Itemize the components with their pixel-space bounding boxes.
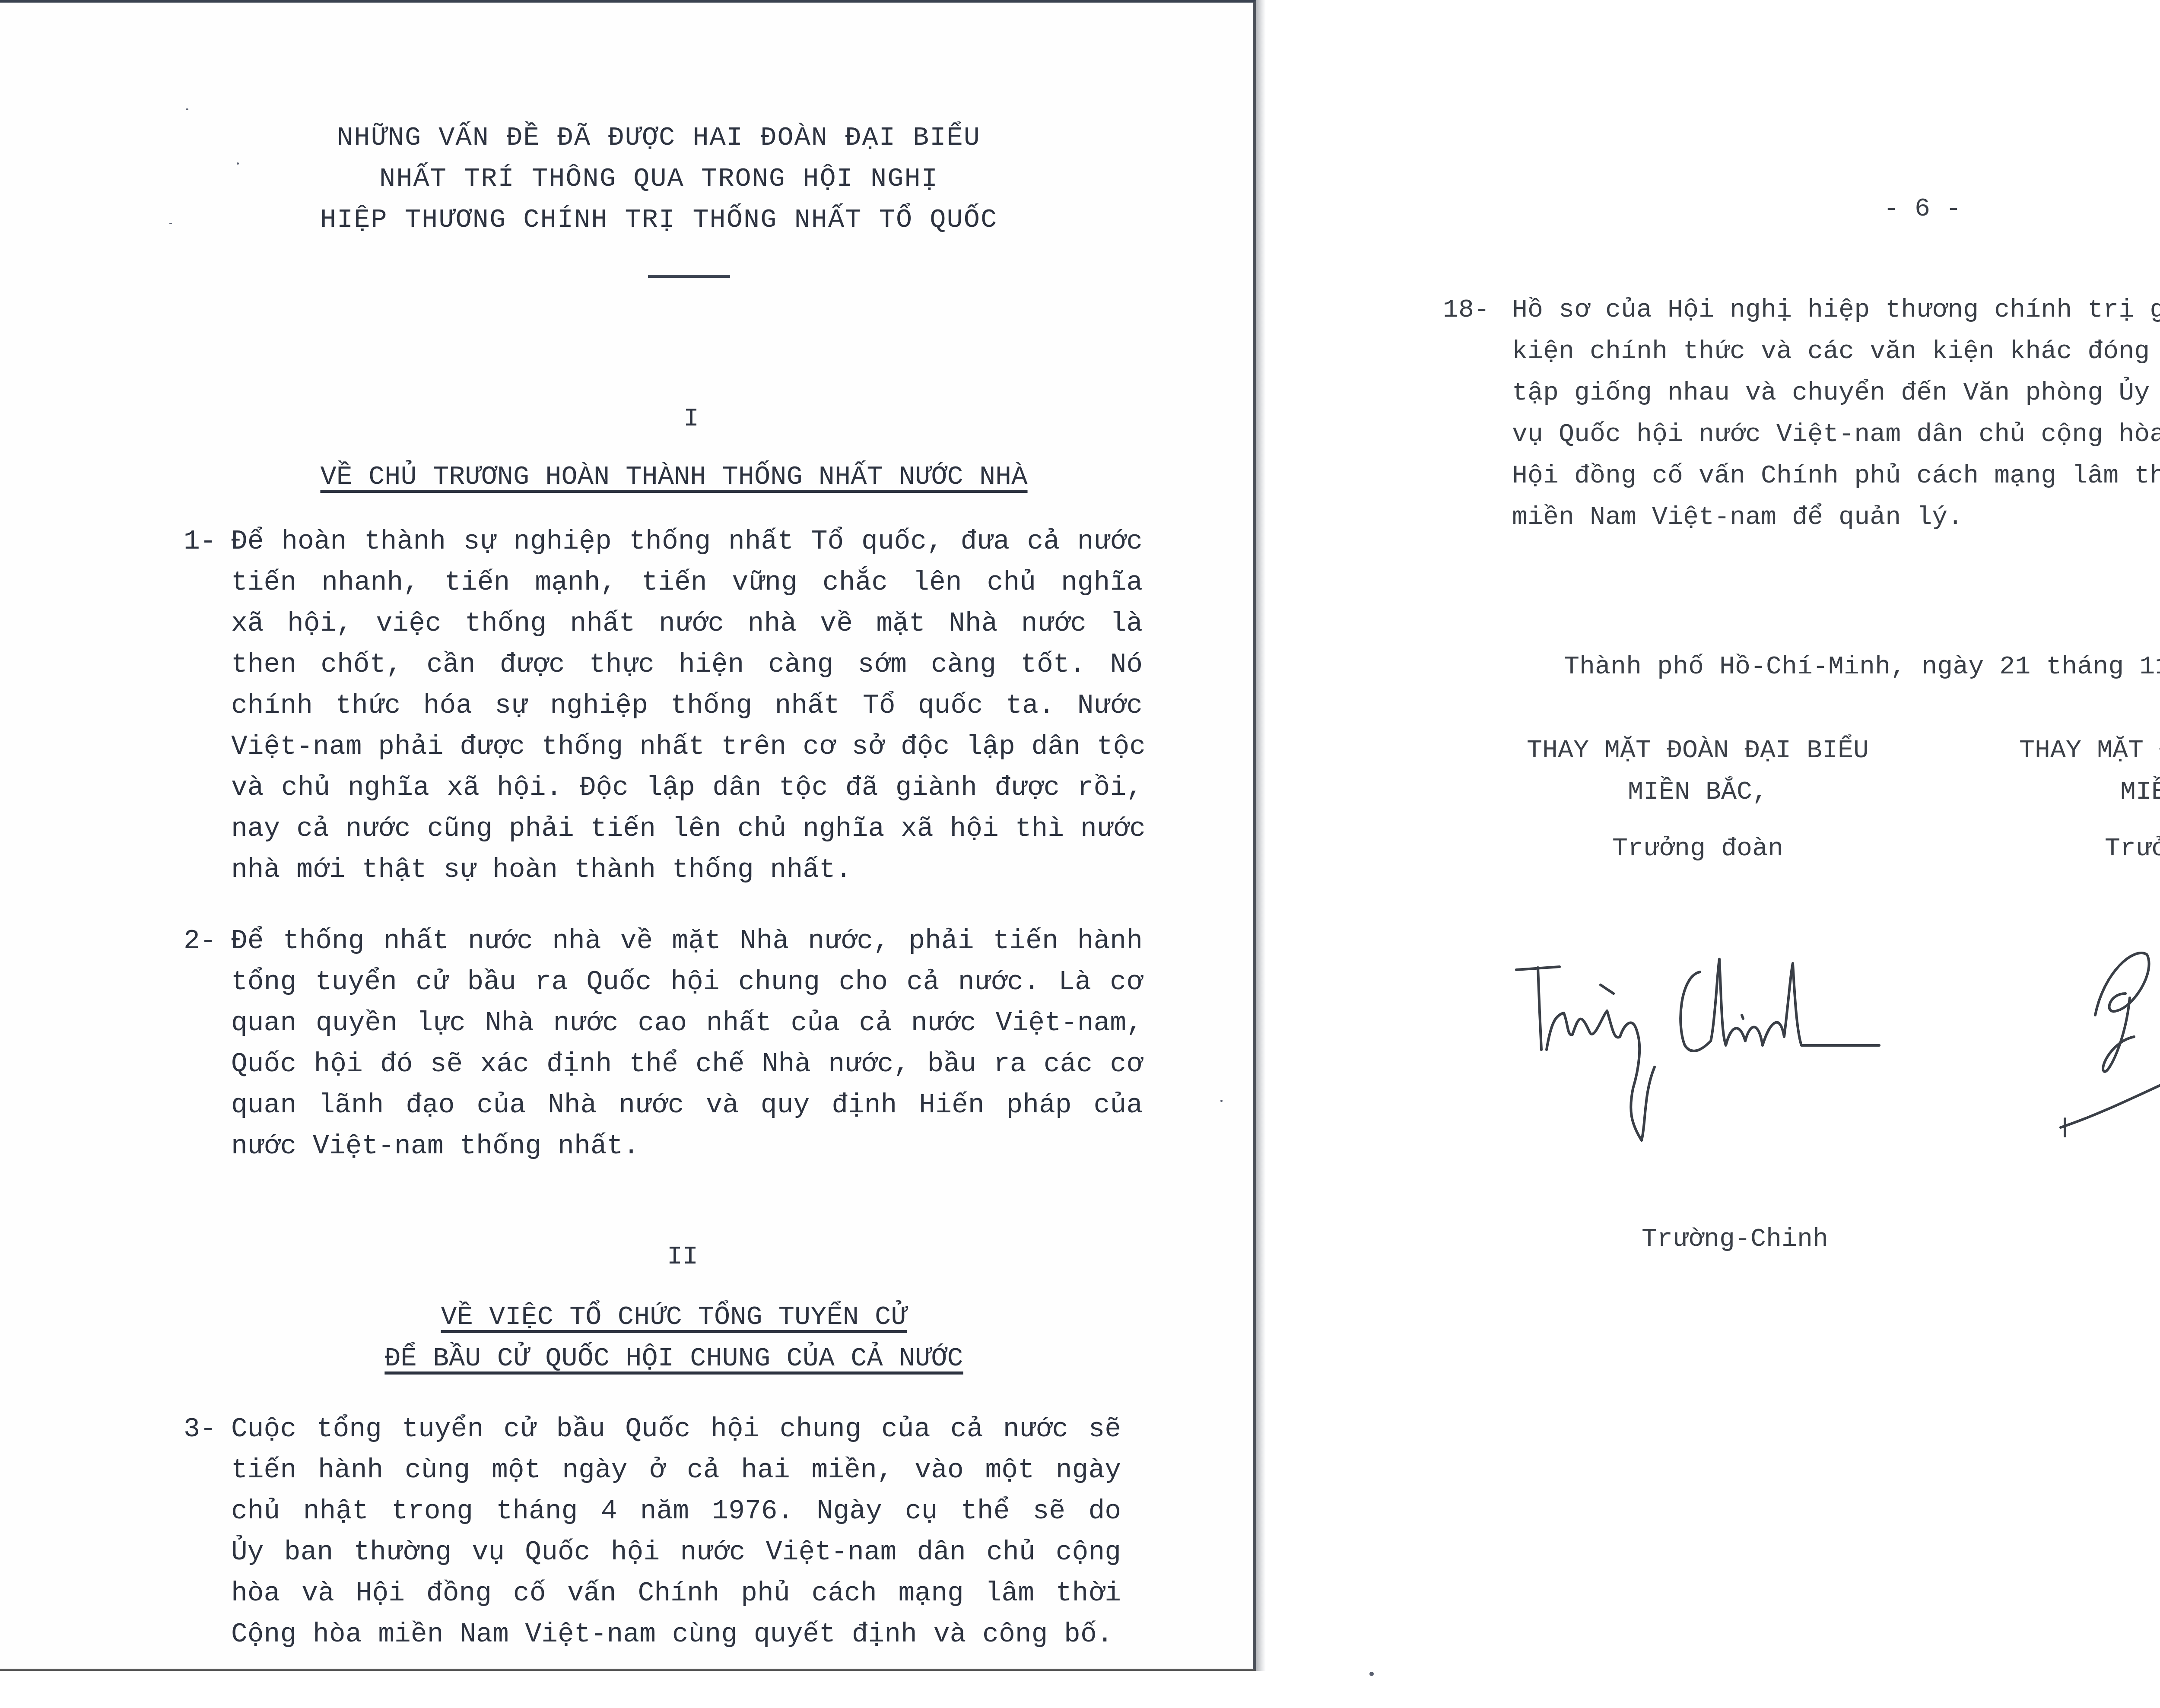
- page-gutter: [1256, 0, 1266, 1671]
- printed-name-truong-chinh: Trường-Chinh: [1642, 1225, 1828, 1254]
- item-18-line: Hồ sơ của Hội nghị hiệp thương chính trị…: [1512, 289, 2160, 331]
- section-1-numeral: I: [605, 404, 778, 434]
- item-18-line: kiện chính thức và các văn kiện khác đón…: [1512, 331, 2160, 372]
- signatory-north-role: Trưởng đoàn: [1503, 828, 1892, 870]
- item-3-line: tiến hành cùng một ngày ở cả hai miền, v…: [231, 1450, 1121, 1491]
- dateline: Thành phố Hồ-Chí-Minh, ngày 21 tháng 11 …: [1564, 652, 2160, 682]
- item-1-paragraph: 1- Để hoàn thành sự nghiệp thống nhất Tổ…: [231, 521, 1143, 890]
- item-3-line: Cộng hòa miền Nam Việt-nam cùng quyết đị…: [231, 1614, 1121, 1655]
- item-18-line: vụ Quốc hội nước Việt-nam dân chủ cộng h…: [1512, 414, 2160, 455]
- item-18-line: Hội đồng cố vấn Chính phủ cách mạng lâm …: [1512, 455, 2160, 497]
- item-2-line: quan lãnh đạo của Nhà nước và quy định H…: [231, 1085, 1143, 1126]
- signatory-north-heading-1: THAY MẶT ĐOÀN ĐẠI BIỂU: [1503, 730, 1892, 771]
- item-1-line: then chốt, cần được thực hiện càng sớm c…: [231, 644, 1143, 685]
- section-2-heading: VỀ VIỆC TỔ CHỨC TỔNG TUYỂN CỬ ĐỂ BẦU CỬ …: [346, 1296, 1002, 1379]
- item-2-line: quan quyền lực Nhà nước cao nhất của cả …: [231, 1003, 1143, 1044]
- item-2-line: tổng tuyển cử bầu ra Quốc hội chung cho …: [231, 962, 1143, 1003]
- item-3-line: chủ nhật trong tháng 4 năm 1976. Ngày cụ…: [231, 1491, 1121, 1532]
- title-line-1: NHỮNG VẤN ĐỀ ĐÃ ĐƯỢC HAI ĐOÀN ĐẠI BIỂU: [302, 117, 1015, 158]
- scan-speck: [1369, 1672, 1374, 1676]
- item-1-line: chính thức hóa sự nghiệp thống nhất Tổ q…: [231, 685, 1143, 726]
- title-divider: [648, 275, 730, 278]
- signatory-north-block: THAY MẶT ĐOÀN ĐẠI BIỂU MIỀN BẮC, Trưởng …: [1503, 730, 1892, 870]
- item-1-line: tiến nhanh, tiến mạnh, tiến vững chắc lê…: [231, 562, 1143, 603]
- scan-speck: [237, 162, 239, 165]
- signature-truong-chinh-icon: [1503, 937, 2000, 1153]
- section-1-heading-line: VỀ CHỦ TRƯƠNG HOÀN THÀNH THỐNG NHẤT NƯỚC…: [320, 461, 1027, 492]
- item-3-line: Cuộc tổng tuyển cử bầu Quốc hội chung củ…: [231, 1409, 1121, 1450]
- title-line-3: HIỆP THƯƠNG CHÍNH TRỊ THỐNG NHẤT TỔ QUỐC: [302, 199, 1015, 240]
- page-number: - 6 -: [1884, 194, 1961, 224]
- signatory-south-role: Trưởng đoàn: [1996, 828, 2160, 870]
- signatory-south-heading-1: THAY MẶT ĐOÀN ĐẠI BIỂU: [1996, 730, 2160, 771]
- item-1-line: nhà mới thật sự hoàn thành thống nhất.: [231, 849, 1143, 890]
- title-line-2: NHẤT TRÍ THÔNG QUA TRONG HỘI NGHỊ: [302, 158, 1015, 199]
- document-title: NHỮNG VẤN ĐỀ ĐÃ ĐƯỢC HAI ĐOÀN ĐẠI BIỂU N…: [302, 117, 1015, 240]
- item-1-line: và chủ nghĩa xã hội. Độc lập dân tộc đã …: [231, 767, 1143, 808]
- item-18-line: tập giống nhau và chuyển đến Văn phòng Ủ…: [1512, 372, 2160, 414]
- item-18-number: 18-: [1443, 289, 1490, 331]
- item-2-line: nước Việt-nam thống nhất.: [231, 1126, 1143, 1167]
- signatory-north-heading-2: MIỀN BẮC,: [1503, 771, 1892, 813]
- item-1-number: 1-: [184, 521, 216, 562]
- item-3-number: 3-: [184, 1409, 216, 1450]
- item-2-line: Để thống nhất nước nhà về mặt Nhà nước, …: [231, 921, 1143, 962]
- item-2-number: 2-: [184, 921, 216, 962]
- section-2-heading-line-1: VỀ VIỆC TỔ CHỨC TỔNG TUYỂN CỬ: [441, 1302, 907, 1332]
- item-18-paragraph: 18- Hồ sơ của Hội nghị hiệp thương chính…: [1512, 289, 2160, 538]
- signatory-south-heading-2: MIỀN NAM,: [1996, 771, 2160, 813]
- section-2-heading-line-2: ĐỂ BẦU CỬ QUỐC HỘI CHUNG CỦA CẢ NƯỚC: [384, 1343, 963, 1374]
- scan-speck: [169, 223, 172, 224]
- item-2-line: Quốc hội đó sẽ xác định thể chế Nhà nước…: [231, 1044, 1143, 1085]
- item-2-paragraph: 2- Để thống nhất nước nhà về mặt Nhà nướ…: [231, 921, 1143, 1167]
- scan-speck: [1220, 1100, 1223, 1102]
- item-3-line: Ủy ban thường vụ Quốc hội nước Việt-nam …: [231, 1532, 1121, 1573]
- left-document-page: NHỮNG VẤN ĐỀ ĐÃ ĐƯỢC HAI ĐOÀN ĐẠI BIỂU N…: [0, 0, 1256, 1671]
- item-1-line: Để hoàn thành sự nghiệp thống nhất Tổ qu…: [231, 521, 1143, 562]
- item-1-line: Việt-nam phải được thống nhất trên cơ sở…: [231, 726, 1143, 767]
- scan-speck: [186, 108, 188, 110]
- signature-pham-hung-icon: [2048, 929, 2160, 1145]
- section-1-heading: VỀ CHỦ TRƯƠNG HOÀN THÀNH THỐNG NHẤT NƯỚC…: [302, 456, 1045, 498]
- item-3-line: hòa và Hội đồng cố vấn Chính phủ cách mạ…: [231, 1573, 1121, 1614]
- item-1-line: nay cả nước cũng phải tiến lên chủ nghĩa…: [231, 808, 1143, 849]
- item-1-line: xã hội, việc thống nhất nước nhà về mặt …: [231, 603, 1143, 644]
- signatory-south-block: THAY MẶT ĐOÀN ĐẠI BIỂU MIỀN NAM, Trưởng …: [1996, 730, 2160, 870]
- item-3-paragraph: 3- Cuộc tổng tuyển cử bầu Quốc hội chung…: [231, 1409, 1121, 1655]
- section-2-numeral: II: [596, 1242, 769, 1272]
- item-18-line: miền Nam Việt-nam để quản lý.: [1512, 497, 2160, 538]
